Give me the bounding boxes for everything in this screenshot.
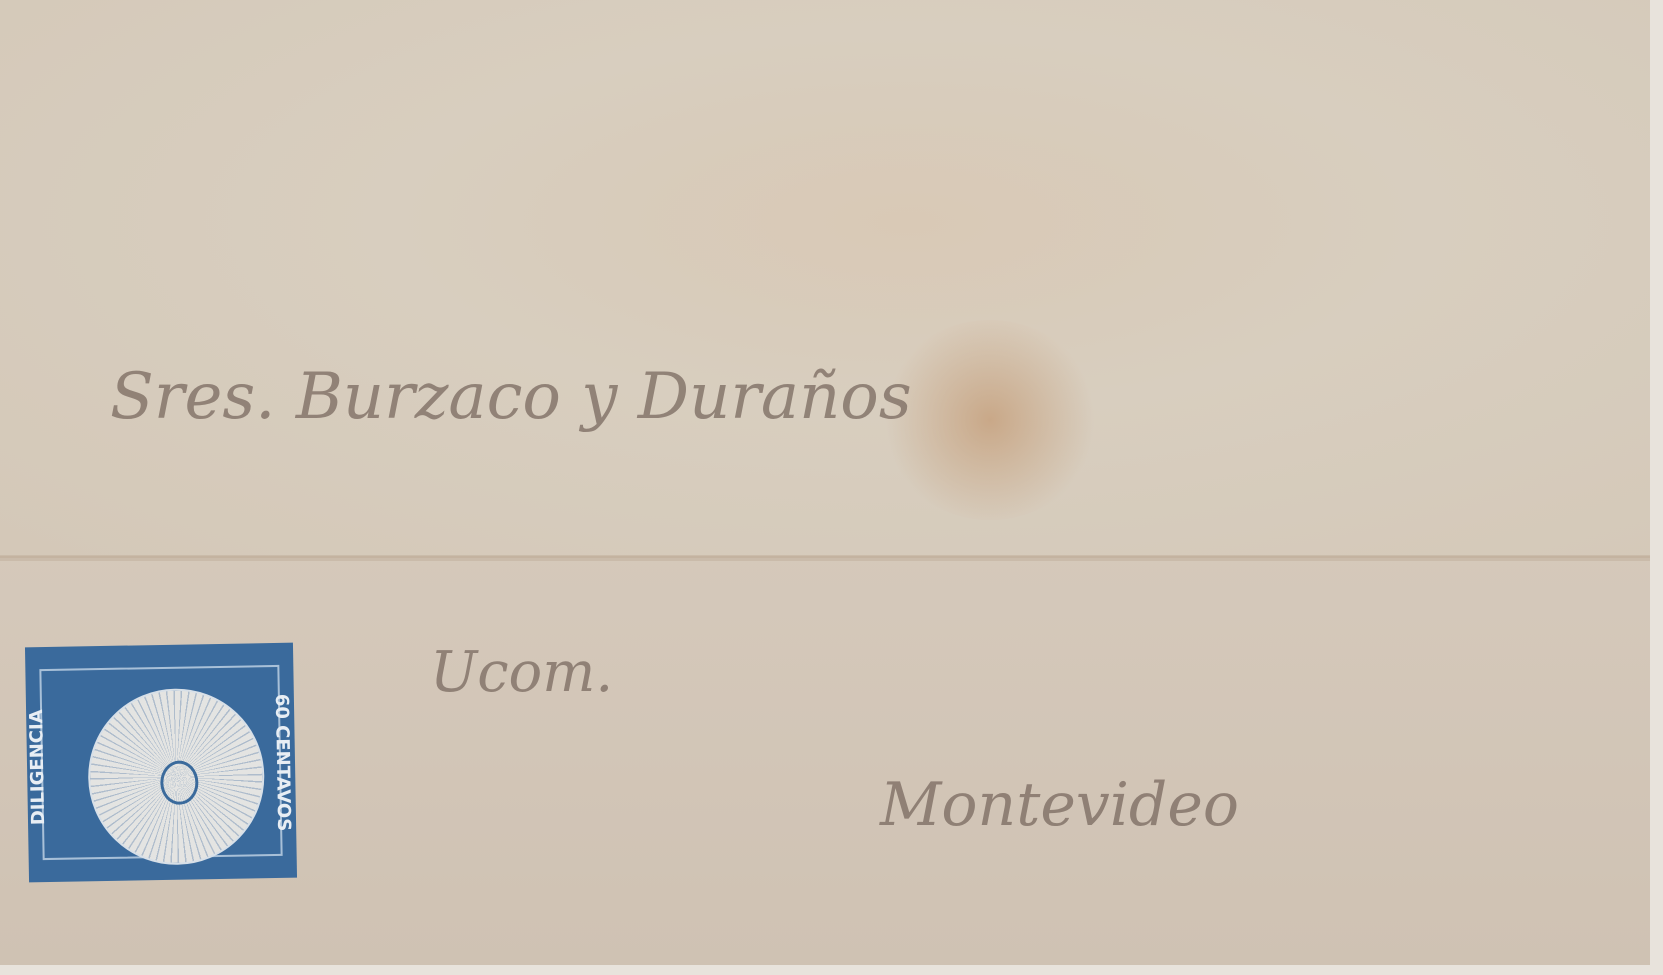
postage-stamp: DILIGENCIA 60 CENTAVOS <box>25 643 297 883</box>
sun-emblem <box>87 687 266 866</box>
city-handwriting: Montevideo <box>880 770 1239 840</box>
ink-stain <box>880 320 1100 520</box>
sun-face-icon <box>160 760 199 805</box>
stamp-frame <box>39 665 282 860</box>
addressee-handwriting: Sres. Burzaco y Duraños <box>110 360 912 434</box>
stamp-right-text: 60 CENTAVOS <box>267 673 294 853</box>
envelope-flap <box>0 0 1650 558</box>
via-handwriting: Ucom. <box>430 640 613 705</box>
envelope: Sres. Burzaco y Duraños Ucom. Montevideo… <box>0 0 1650 965</box>
fold-line <box>0 555 1650 561</box>
stamp-left-text: DILIGENCIA <box>25 677 52 857</box>
